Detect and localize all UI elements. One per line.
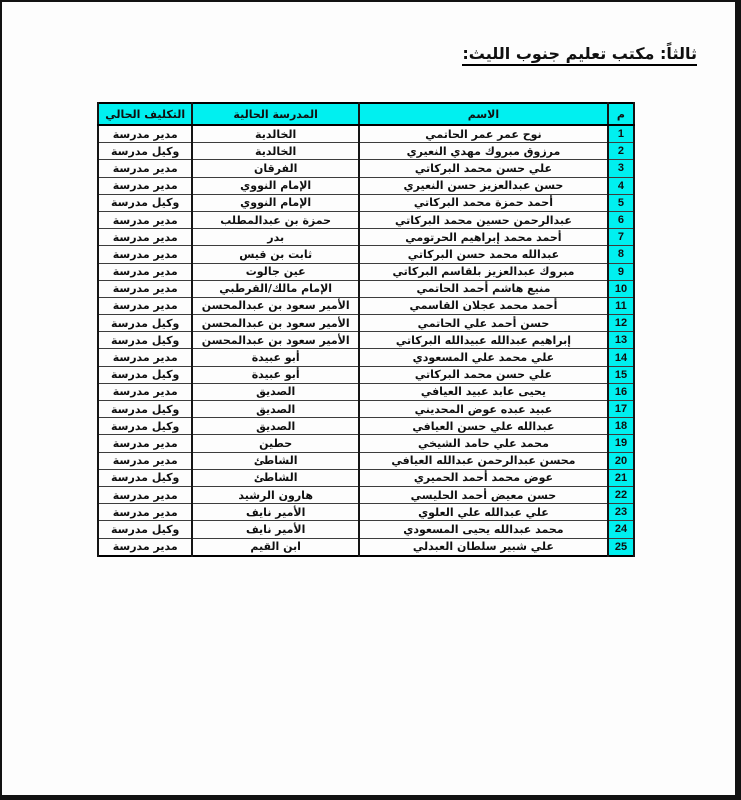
- table-row: 6 عبدالرحمن حسين محمد البركاتي حمزة بن ع…: [98, 211, 634, 228]
- school-cell: بدر: [192, 229, 359, 246]
- assignment-cell: مدير مدرسة: [98, 435, 192, 452]
- table-row: 14 علي محمد علي المسعودي أبو عبيدة مدير …: [98, 349, 634, 366]
- school-cell: الصديق: [192, 401, 359, 418]
- school-cell: الخالدية: [192, 125, 359, 143]
- name-cell: عوض محمد أحمد الحميري: [359, 469, 608, 486]
- assignment-cell: مدير مدرسة: [98, 246, 192, 263]
- row-number-cell: 14: [608, 349, 634, 366]
- school-cell: الخالدية: [192, 143, 359, 160]
- row-number-cell: 5: [608, 194, 634, 211]
- assignment-cell: مدير مدرسة: [98, 452, 192, 469]
- row-number-cell: 11: [608, 297, 634, 314]
- table-row: 15 علي حسن محمد البركاتي أبو عبيدة وكيل …: [98, 366, 634, 383]
- assignment-cell: مدير مدرسة: [98, 297, 192, 314]
- table-row: 17 عبيد عبده عوض المحديني الصديق وكيل مد…: [98, 401, 634, 418]
- assignment-cell: مدير مدرسة: [98, 125, 192, 143]
- school-cell: ابن القيم: [192, 538, 359, 556]
- name-cell: علي عبدالله علي العلوي: [359, 504, 608, 521]
- row-number-cell: 22: [608, 486, 634, 503]
- name-cell: علي شبير سلطان العبدلي: [359, 538, 608, 556]
- name-cell: محمد علي حامد الشيخي: [359, 435, 608, 452]
- school-cell: الأمير سعود بن عبدالمحسن: [192, 297, 359, 314]
- column-header-number: م: [608, 103, 634, 125]
- name-cell: محسن عبدالرحمن عبدالله العيافي: [359, 452, 608, 469]
- row-number-cell: 2: [608, 143, 634, 160]
- school-cell: أبو عبيدة: [192, 366, 359, 383]
- assignment-cell: وكيل مدرسة: [98, 401, 192, 418]
- name-cell: محمد عبدالله يحيى المسعودي: [359, 521, 608, 538]
- assignment-cell: وكيل مدرسة: [98, 521, 192, 538]
- row-number-cell: 12: [608, 315, 634, 332]
- row-number-cell: 4: [608, 177, 634, 194]
- name-cell: علي حسن محمد البركاتي: [359, 366, 608, 383]
- table-row: 25 علي شبير سلطان العبدلي ابن القيم مدير…: [98, 538, 634, 556]
- row-number-cell: 16: [608, 383, 634, 400]
- school-cell: الصديق: [192, 418, 359, 435]
- school-cell: الأمير سعود بن عبدالمحسن: [192, 332, 359, 349]
- assignment-cell: وكيل مدرسة: [98, 469, 192, 486]
- table-row: 22 حسن معيض أحمد الحليسي هارون الرشيد مد…: [98, 486, 634, 503]
- assignment-cell: وكيل مدرسة: [98, 143, 192, 160]
- row-number-cell: 17: [608, 401, 634, 418]
- table-row: 18 عبدالله علي حسن العيافي الصديق وكيل م…: [98, 418, 634, 435]
- school-cell: الإمام النووي: [192, 177, 359, 194]
- row-number-cell: 19: [608, 435, 634, 452]
- name-cell: يحيى عابد عبيد العيافي: [359, 383, 608, 400]
- name-cell: أحمد محمد إبراهيم الحرتومي: [359, 229, 608, 246]
- assignment-cell: مدير مدرسة: [98, 177, 192, 194]
- school-cell: هارون الرشيد: [192, 486, 359, 503]
- row-number-cell: 9: [608, 263, 634, 280]
- assignment-cell: مدير مدرسة: [98, 538, 192, 556]
- row-number-cell: 25: [608, 538, 634, 556]
- table-row: 9 مبروك عبدالعزيز بلقاسم البركاتي عين جا…: [98, 263, 634, 280]
- school-cell: الشاطئ: [192, 452, 359, 469]
- table-row: 2 مرزوق مبروك مهدي النعيري الخالدية وكيل…: [98, 143, 634, 160]
- name-cell: أحمد حمزة محمد البركاتي: [359, 194, 608, 211]
- row-number-cell: 10: [608, 280, 634, 297]
- row-number-cell: 7: [608, 229, 634, 246]
- school-cell: حمزة بن عبدالمطلب: [192, 211, 359, 228]
- assignment-cell: مدير مدرسة: [98, 383, 192, 400]
- row-number-cell: 1: [608, 125, 634, 143]
- table-row: 1 نوح عمر عمر الحاتمي الخالدية مدير مدرس…: [98, 125, 634, 143]
- name-cell: نوح عمر عمر الحاتمي: [359, 125, 608, 143]
- table-row: 12 حسن أحمد علي الحاتمي الأمير سعود بن ع…: [98, 315, 634, 332]
- assignment-cell: وكيل مدرسة: [98, 194, 192, 211]
- assignment-cell: مدير مدرسة: [98, 263, 192, 280]
- name-cell: علي حسن محمد البركاتي: [359, 160, 608, 177]
- school-cell: الإمام مالك/القرطبي: [192, 280, 359, 297]
- name-cell: منيع هاشم أحمد الحاتمي: [359, 280, 608, 297]
- school-cell: الشاطئ: [192, 469, 359, 486]
- assignment-cell: مدير مدرسة: [98, 280, 192, 297]
- school-cell: أبو عبيدة: [192, 349, 359, 366]
- school-cell: ثابت بن قيس: [192, 246, 359, 263]
- table-row: 13 إبراهيم عبدالله عبيدالله البركاتي الأ…: [98, 332, 634, 349]
- column-header-name: الاسم: [359, 103, 608, 125]
- name-cell: عبدالله محمد حسن البركاتي: [359, 246, 608, 263]
- table-row: 21 عوض محمد أحمد الحميري الشاطئ وكيل مدر…: [98, 469, 634, 486]
- table-row: 11 أحمد محمد عجلان القاسمي الأمير سعود ب…: [98, 297, 634, 314]
- assignment-cell: وكيل مدرسة: [98, 418, 192, 435]
- document-page: ثالثاً: مكتب تعليم جنوب الليث: م الاسم ا…: [0, 0, 741, 800]
- row-number-cell: 20: [608, 452, 634, 469]
- row-number-cell: 6: [608, 211, 634, 228]
- name-cell: مبروك عبدالعزيز بلقاسم البركاتي: [359, 263, 608, 280]
- row-number-cell: 23: [608, 504, 634, 521]
- table-row: 19 محمد علي حامد الشيخي حطين مدير مدرسة: [98, 435, 634, 452]
- school-cell: عين جالوت: [192, 263, 359, 280]
- table-row: 20 محسن عبدالرحمن عبدالله العيافي الشاطئ…: [98, 452, 634, 469]
- name-cell: إبراهيم عبدالله عبيدالله البركاتي: [359, 332, 608, 349]
- assignment-cell: وكيل مدرسة: [98, 315, 192, 332]
- table-row: 23 علي عبدالله علي العلوي الأمير نايف مد…: [98, 504, 634, 521]
- section-title: ثالثاً: مكتب تعليم جنوب الليث:: [462, 44, 697, 66]
- table-body: 1 نوح عمر عمر الحاتمي الخالدية مدير مدرس…: [98, 125, 634, 556]
- assignment-cell: وكيل مدرسة: [98, 332, 192, 349]
- table-row: 4 حسن عبدالعزيز حسن النعيري الإمام النوو…: [98, 177, 634, 194]
- row-number-cell: 24: [608, 521, 634, 538]
- row-number-cell: 18: [608, 418, 634, 435]
- name-cell: عبدالرحمن حسين محمد البركاتي: [359, 211, 608, 228]
- name-cell: حسن أحمد علي الحاتمي: [359, 315, 608, 332]
- column-header-current-assignment: التكليف الحالي: [98, 103, 192, 125]
- school-cell: الصديق: [192, 383, 359, 400]
- name-cell: حسن معيض أحمد الحليسي: [359, 486, 608, 503]
- assignment-cell: مدير مدرسة: [98, 504, 192, 521]
- school-cell: الأمير سعود بن عبدالمحسن: [192, 315, 359, 332]
- assignment-cell: مدير مدرسة: [98, 349, 192, 366]
- row-number-cell: 3: [608, 160, 634, 177]
- table-row: 8 عبدالله محمد حسن البركاتي ثابت بن قيس …: [98, 246, 634, 263]
- column-header-current-school: المدرسة الحالية: [192, 103, 359, 125]
- table-row: 7 أحمد محمد إبراهيم الحرتومي بدر مدير مد…: [98, 229, 634, 246]
- school-cell: حطين: [192, 435, 359, 452]
- table-row: 3 علي حسن محمد البركاتي الفرقان مدير مدر…: [98, 160, 634, 177]
- name-cell: حسن عبدالعزيز حسن النعيري: [359, 177, 608, 194]
- school-cell: الأمير نايف: [192, 521, 359, 538]
- name-cell: عبدالله علي حسن العيافي: [359, 418, 608, 435]
- assignment-cell: وكيل مدرسة: [98, 366, 192, 383]
- table-row: 10 منيع هاشم أحمد الحاتمي الإمام مالك/ال…: [98, 280, 634, 297]
- school-cell: الفرقان: [192, 160, 359, 177]
- row-number-cell: 8: [608, 246, 634, 263]
- staff-assignment-table: م الاسم المدرسة الحالية التكليف الحالي 1…: [97, 102, 635, 557]
- row-number-cell: 21: [608, 469, 634, 486]
- table-row: 24 محمد عبدالله يحيى المسعودي الأمير ناي…: [98, 521, 634, 538]
- assignment-cell: مدير مدرسة: [98, 486, 192, 503]
- row-number-cell: 15: [608, 366, 634, 383]
- table-header-row: م الاسم المدرسة الحالية التكليف الحالي: [98, 103, 634, 125]
- name-cell: مرزوق مبروك مهدي النعيري: [359, 143, 608, 160]
- row-number-cell: 13: [608, 332, 634, 349]
- school-cell: الأمير نايف: [192, 504, 359, 521]
- name-cell: أحمد محمد عجلان القاسمي: [359, 297, 608, 314]
- assignment-cell: مدير مدرسة: [98, 211, 192, 228]
- assignment-cell: مدير مدرسة: [98, 229, 192, 246]
- name-cell: عبيد عبده عوض المحديني: [359, 401, 608, 418]
- table-row: 5 أحمد حمزة محمد البركاتي الإمام النووي …: [98, 194, 634, 211]
- assignment-cell: مدير مدرسة: [98, 160, 192, 177]
- name-cell: علي محمد علي المسعودي: [359, 349, 608, 366]
- table-row: 16 يحيى عابد عبيد العيافي الصديق مدير مد…: [98, 383, 634, 400]
- school-cell: الإمام النووي: [192, 194, 359, 211]
